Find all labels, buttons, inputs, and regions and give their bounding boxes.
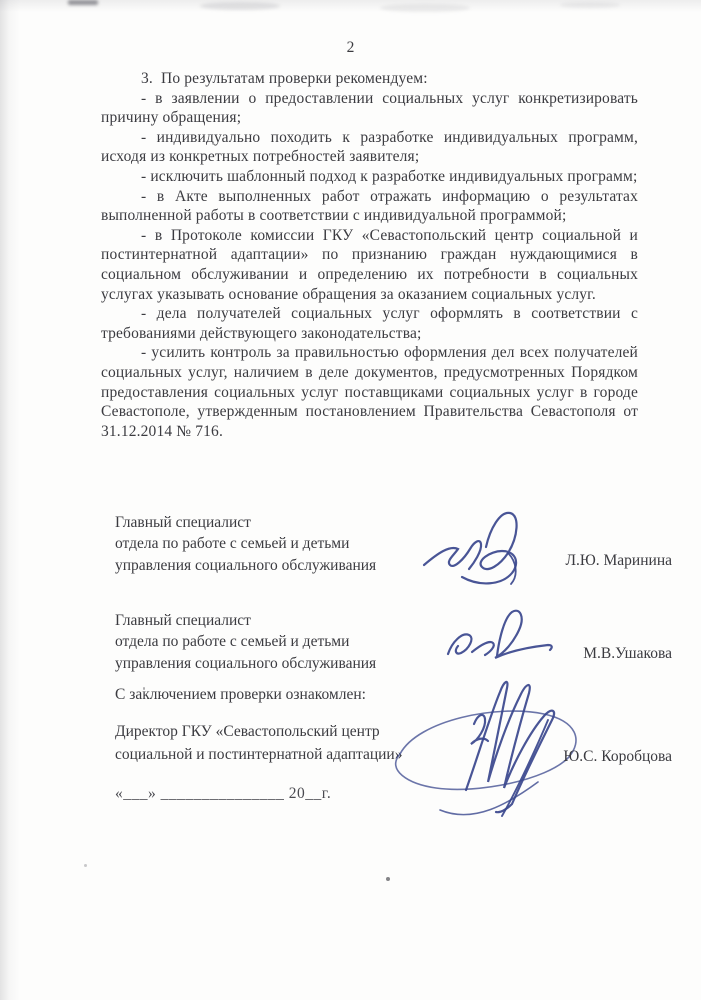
signer-title-line: Директор ГКУ «Севастопольский центр [115, 721, 402, 744]
page-number: 2 [0, 39, 701, 57]
scan-smudge [68, 0, 98, 5]
signature-marinina-icon [420, 503, 538, 595]
document-body: 3. По результатам проверки рекомендуем: … [101, 69, 638, 441]
scan-smudge [200, 2, 280, 10]
paragraph-item: - в Протоколе комиссии ГКУ «Севастопольс… [101, 226, 638, 304]
paragraph-item: - исключить шаблонный подход к разработк… [101, 167, 638, 187]
signature-korobtsova-icon [378, 664, 593, 819]
acknowledgement-label: С заключением проверки ознакомлен: [115, 686, 366, 704]
scan-edge-shadow [0, 0, 20, 1000]
signer-title-line: управления социального обслуживания [115, 555, 376, 576]
signer-title-line: Главный специалист [115, 512, 376, 533]
scan-smudge [380, 4, 470, 12]
paragraph-item: - дела получателей социальных услуг офор… [101, 304, 638, 343]
date-fill-in-line: «___» _______________ 20__г. [115, 785, 331, 803]
signer-name-ushakova: М.В.Ушакова [492, 645, 672, 663]
signer-name-marinina: Л.Ю. Маринина [492, 552, 672, 570]
paragraph-item: - в Акте выполненных работ отражать инфо… [101, 187, 638, 226]
signer-title-line: Главный специалист [115, 610, 376, 631]
signer-name-korobtsova: Ю.С. Коробцова [492, 748, 672, 766]
signer-title-director: Директор ГКУ «Севастопольский центр соци… [115, 721, 402, 766]
scan-speck [84, 864, 87, 867]
scan-top-shadow [0, 0, 701, 12]
signer-title-ushakova: Главный специалист отдела по работе с се… [115, 610, 376, 674]
scan-smudge [560, 2, 620, 8]
paragraph-item: - усилить контроль за правильностью офор… [101, 343, 638, 441]
scan-speck [386, 877, 390, 881]
signer-title-line: социальной и постинтернатной адаптации» [115, 744, 402, 767]
paragraph-recommendations-heading: 3. По результатам проверки рекомендуем: [101, 69, 638, 89]
signer-title-marinina: Главный специалист отдела по работе с се… [115, 512, 376, 576]
paragraph-item: - индивидуально походить к разработке ин… [101, 128, 638, 167]
signer-title-line: отдела по работе с семьей и детьми [115, 533, 376, 554]
scanned-document-page: 2 3. По результатам проверки рекомендуем… [0, 0, 701, 1000]
paragraph-item: - в заявлении о предоставлении социальны… [101, 89, 638, 128]
signer-title-line: управления социального обслуживания [115, 653, 376, 674]
signer-title-line: отдела по работе с семьей и детьми [115, 631, 376, 652]
